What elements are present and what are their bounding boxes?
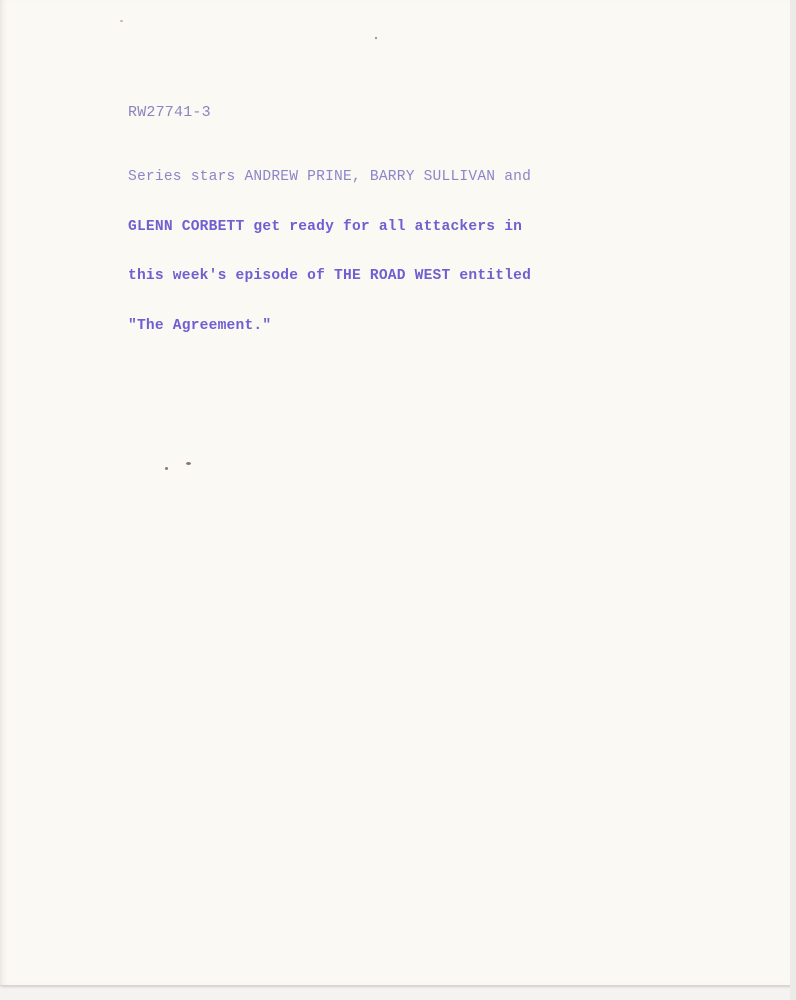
reference-number: RW27741-3	[128, 104, 211, 121]
paper-speck	[120, 20, 123, 22]
caption: Series stars ANDREW PRINE, BARRY SULLIVA…	[128, 136, 531, 367]
background-edge	[790, 0, 796, 1000]
paper-speck	[186, 462, 191, 465]
caption-line: "The Agreement."	[128, 318, 531, 335]
caption-line: GLENN CORBETT get ready for all attacker…	[128, 219, 531, 236]
paper-speck	[375, 37, 377, 39]
caption-line: this week's episode of THE ROAD WEST ent…	[128, 268, 531, 285]
photo-back-sheet: RW27741-3 Series stars ANDREW PRINE, BAR…	[0, 0, 791, 986]
caption-line: Series stars ANDREW PRINE, BARRY SULLIVA…	[128, 169, 531, 186]
paper-speck	[165, 467, 168, 470]
